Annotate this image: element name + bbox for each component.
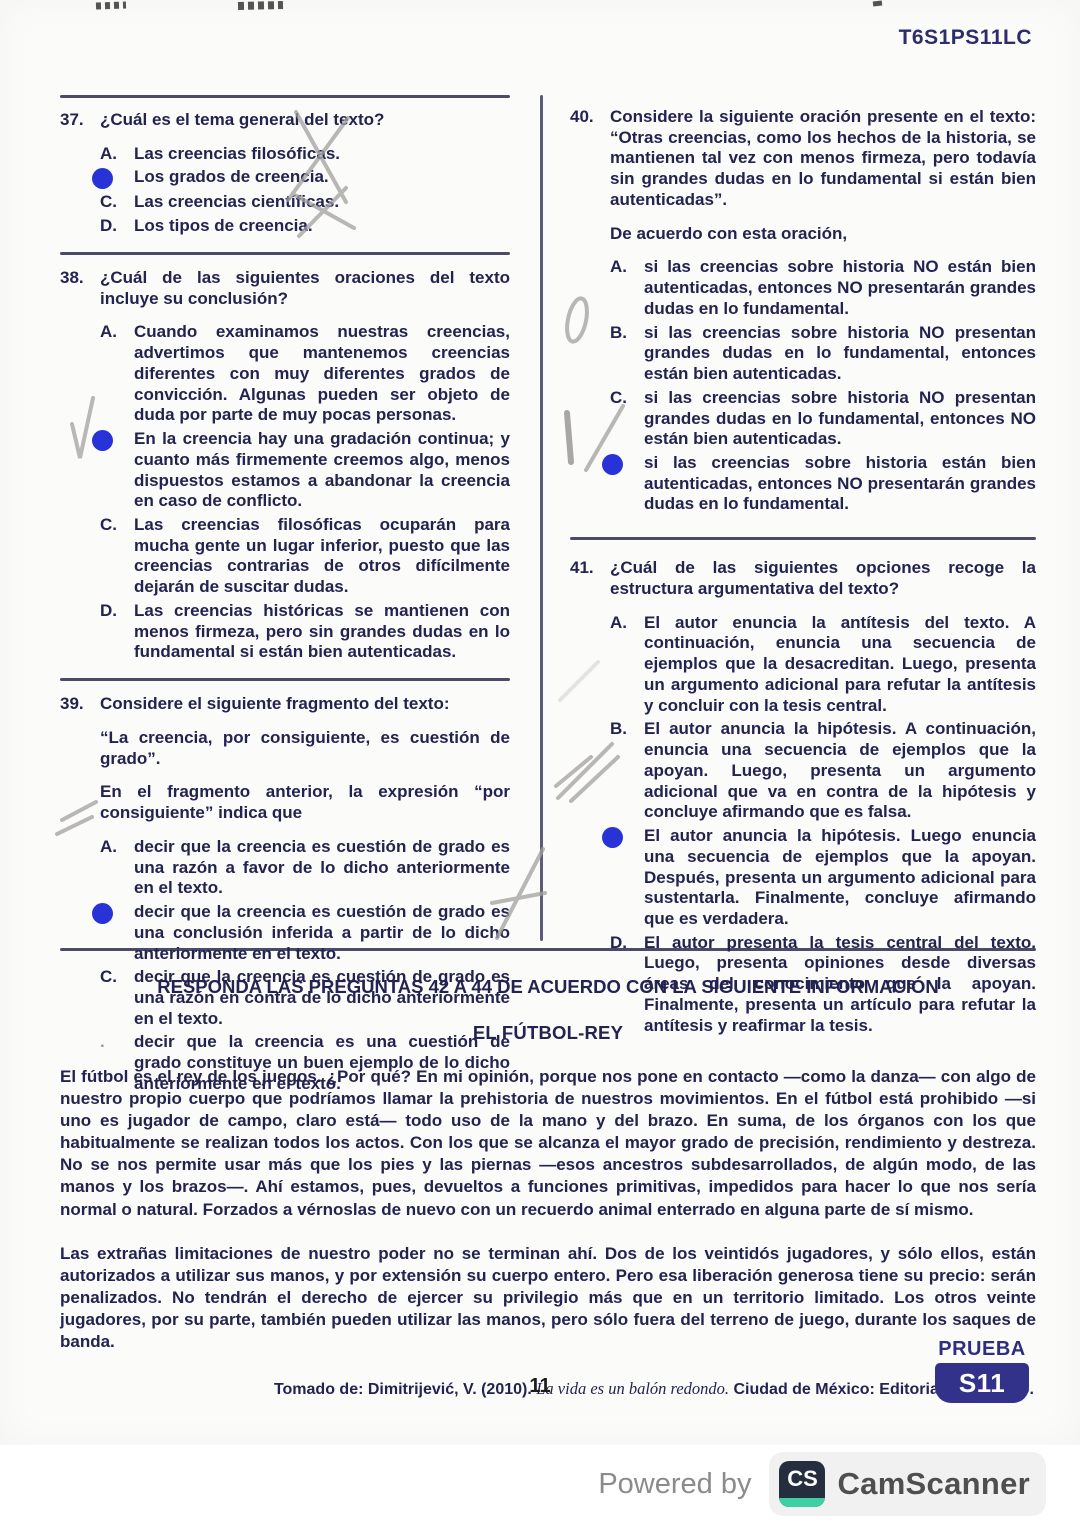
option-letter: C. [100,515,134,598]
option-letter: A. [100,144,134,165]
option-letter [100,167,134,189]
question-number: 38. [60,268,100,309]
passage-title: EL FÚTBOL-REY [60,1022,1036,1044]
question-prompt: Considere el siguiente fragmento del tex… [100,694,510,715]
quoted-fragment: “La creencia, por consiguiente, es cuest… [100,728,510,769]
rule-below-q40 [570,537,1036,540]
option-row-selected: decir que la creencia es cuestión de gra… [100,902,510,964]
option-row: B. El autor anuncia la hipótesis. A cont… [610,719,1036,823]
column-divider-line [540,95,543,941]
option-letter: D. [100,216,134,237]
camscanner-wordmark: CamScanner [837,1466,1030,1502]
option-letter: C. [610,388,644,450]
blue-answer-dot [92,903,113,924]
option-text: El autor anuncia la hipótesis. Luego enu… [644,826,1036,930]
option-text: decir que la creencia es cuestión de gra… [134,837,510,899]
option-row: B. si las creencias sobre historia NO pr… [610,323,1036,385]
blue-answer-dot [92,168,113,189]
option-letter: A. [610,613,644,717]
option-text: si las creencias sobre historia NO prese… [644,323,1036,385]
camscanner-logo: CS CamScanner [769,1452,1046,1516]
test-form-code: T6S1PS11LC [899,26,1032,50]
question-number: 39. [60,694,100,715]
option-row: A. Las creencias filosóficas. [100,144,510,165]
scanned-exam-page: { "header": { "code": "T6S1PS11LC" }, "q… [0,0,1080,1528]
blue-answer-dot [602,454,623,475]
question-37: 37. ¿Cuál es el tema general del texto? … [60,110,510,237]
option-text: Las creencias filosóficas ocuparán para … [134,515,510,598]
question-number: 37. [60,110,100,131]
blue-answer-dot [92,430,113,451]
option-text: Cuando examinamos nuestras creencias, ad… [134,322,510,426]
question-prompt: Considere la siguiente oración presente … [610,107,1036,211]
option-text: Los grados de creencia. [134,167,510,189]
passage-paragraph-2: Las extrañas limitaciones de nuestro pod… [60,1243,1036,1353]
option-letter: A. [100,322,134,426]
rule-below-q38 [60,678,510,681]
question-prompt: ¿Cuál es el tema general del texto? [100,110,510,131]
option-text: Las creencias filosóficas. [134,144,510,165]
passage-section: RESPONDA LAS PREGUNTAS 42 A 44 DE ACUERD… [60,962,1036,1399]
right-column: 40. Considere la siguiente oración prese… [570,95,1036,1039]
passage-paragraph-1: El fútbol es el rey de los juegos. ¿Por … [60,1066,1036,1221]
option-letter [100,902,134,964]
option-row: D. Las creencias históricas se mantienen… [100,601,510,663]
question-number: 40. [570,107,610,211]
option-row-selected: Los grados de creencia. [100,167,510,189]
option-row-selected: si las creencias sobre historia están bi… [610,453,1036,515]
option-letter [100,429,134,512]
option-letter: A. [610,257,644,319]
rule-above-q37 [60,95,510,98]
option-row: A. El autor enuncia la antítesis del tex… [610,613,1036,717]
option-text: El autor enuncia la antítesis del texto.… [644,613,1036,717]
scan-edge-artifact [96,5,126,6]
powered-by-label: Powered by [598,1468,751,1501]
option-row: A. decir que la creencia es cuestión de … [100,837,510,899]
option-text: En la creencia hay una gradación continu… [134,429,510,512]
scan-edge-artifact [873,3,882,4]
option-text: Las creencias científicas. [134,192,510,213]
option-row-selected: En la creencia hay una gradación continu… [100,429,510,512]
option-row: D. Los tipos de creencia. [100,216,510,237]
left-column: 37. ¿Cuál es el tema general del texto? … [60,95,510,1098]
option-text: Las creencias históricas se mantienen co… [134,601,510,663]
option-text: si las creencias sobre historia NO están… [644,257,1036,319]
option-letter: C. [100,192,134,213]
question-prompt: ¿Cuál de las siguientes opciones recoge … [610,558,1036,599]
page-number: 11 [0,1375,1080,1398]
option-letter: D. [100,601,134,663]
option-text: Los tipos de creencia. [134,216,510,237]
question-40: 40. Considere la siguiente oración prese… [570,107,1036,515]
option-letter: B. [610,323,644,385]
option-text: si las creencias sobre historia NO prese… [644,388,1036,450]
question-number: 41. [570,558,610,599]
question-prompt-continued: De acuerdo con esta oración, [610,224,1036,245]
option-text: si las creencias sobre historia están bi… [644,453,1036,515]
option-letter [610,453,644,515]
section-instruction: RESPONDA LAS PREGUNTAS 42 A 44 DE ACUERD… [60,976,1036,998]
camscanner-icon-letters: CS [787,1466,818,1492]
question-38: 38. ¿Cuál de las siguientes oraciones de… [60,268,510,663]
option-row: C. si las creencias sobre historia NO pr… [610,388,1036,450]
option-letter: A. [100,837,134,899]
option-text: El autor anuncia la hipótesis. A continu… [644,719,1036,823]
option-letter [610,826,644,930]
camscanner-footer: Powered by CS CamScanner [598,1452,1046,1516]
option-row: C. Las creencias científicas. [100,192,510,213]
option-row-selected: El autor anuncia la hipótesis. Luego enu… [610,826,1036,930]
prueba-label: PRUEBA [935,1338,1029,1361]
question-prompt: ¿Cuál de las siguientes oraciones del te… [100,268,510,309]
blue-answer-dot [602,827,623,848]
question-prompt-continued: En el fragmento anterior, la expresión “… [100,782,510,823]
rule-below-q37 [60,252,510,255]
scan-edge-artifact [238,5,283,6]
option-row: C. Las creencias filosóficas ocuparán pa… [100,515,510,598]
scanned-paper-background: T6S1PS11LC 37. ¿Cuál es el tema general … [0,0,1080,1445]
option-letter: B. [610,719,644,823]
option-row: A. Cuando examinamos nuestras creencias,… [100,322,510,426]
camscanner-icon: CS [779,1461,825,1507]
option-row: A. si las creencias sobre historia NO es… [610,257,1036,319]
option-text: decir que la creencia es cuestión de gra… [134,902,510,964]
